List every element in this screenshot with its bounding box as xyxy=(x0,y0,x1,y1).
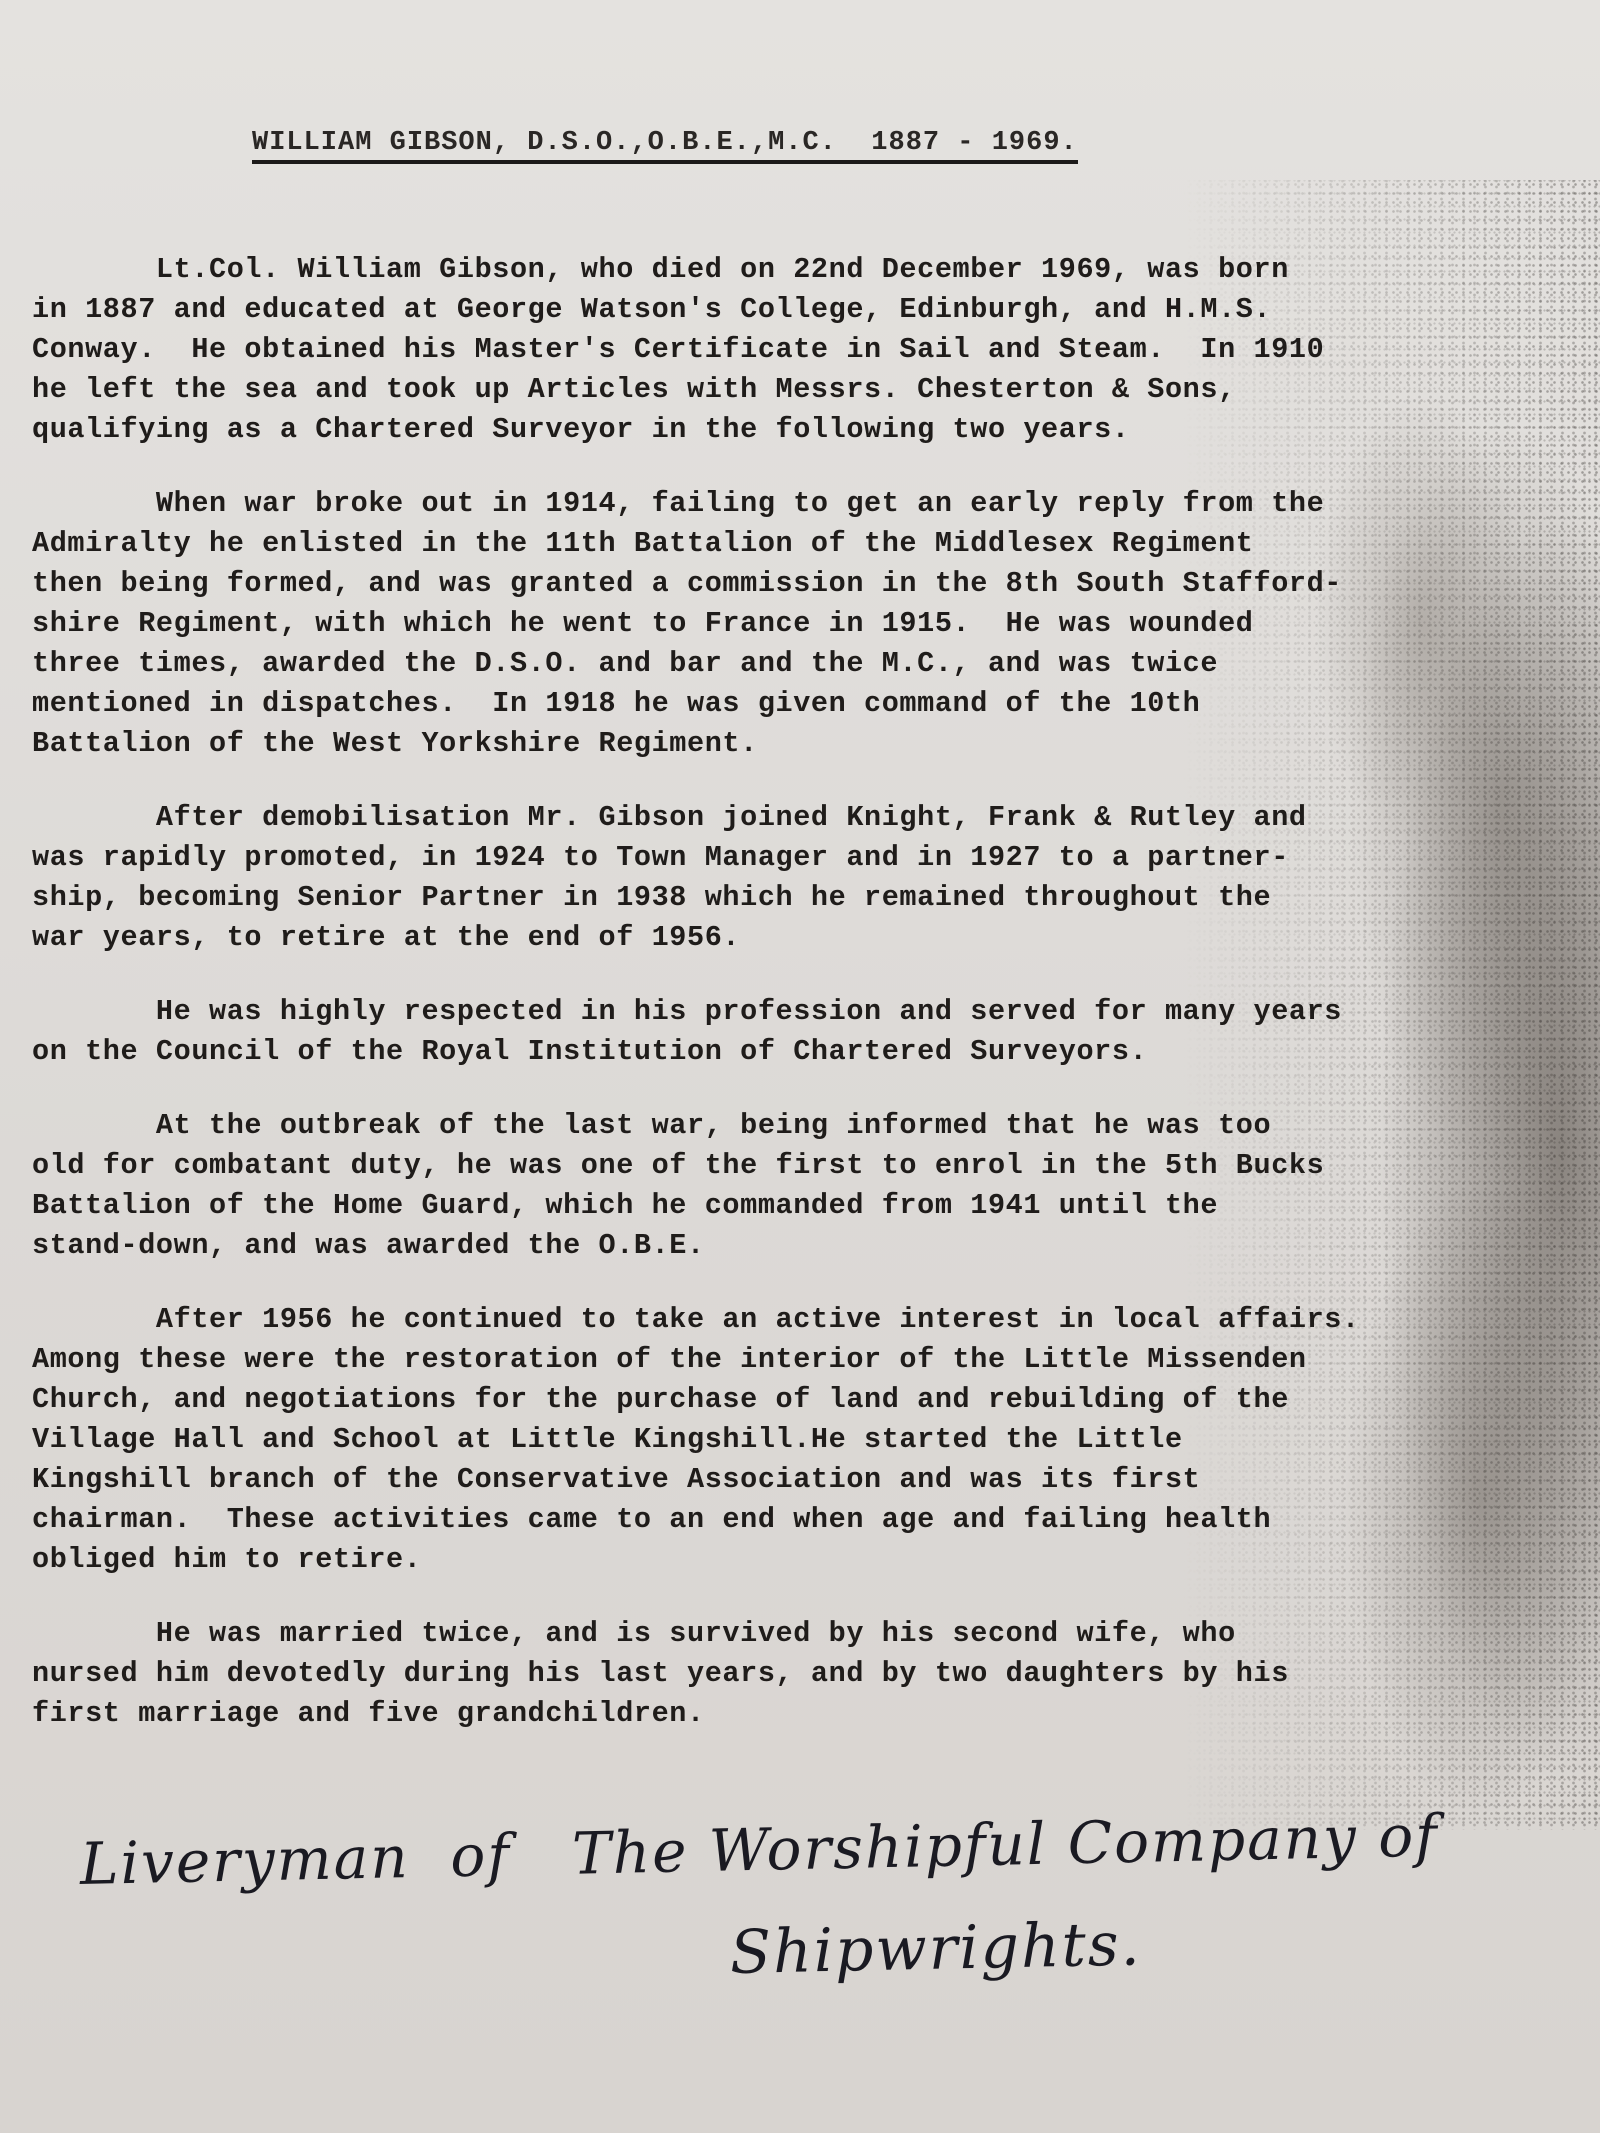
paragraph-early-life: Lt.Col. William Gibson, who died on 22nd… xyxy=(32,250,1592,450)
paragraph-second-war: At the outbreak of the last war, being i… xyxy=(32,1106,1592,1266)
text-line: war years, to retire at the end of 1956. xyxy=(32,918,1592,958)
text-line: Lt.Col. William Gibson, who died on 22nd… xyxy=(32,250,1592,290)
text-line: Admiralty he enlisted in the 11th Battal… xyxy=(32,524,1592,564)
text-line: shire Regiment, with which he went to Fr… xyxy=(32,604,1592,644)
text-line: nursed him devotedly during his last yea… xyxy=(32,1654,1592,1694)
text-line: first marriage and five grandchildren. xyxy=(32,1694,1592,1734)
handwritten-annotation: Liveryman of The Worshipful Company of S… xyxy=(80,1830,1500,1988)
handwritten-line: Shipwrights. xyxy=(729,1902,1500,1988)
document-page: WILLIAM GIBSON, D.S.O.,O.B.E.,M.C. 1887 … xyxy=(0,0,1600,2133)
text-line: Conway. He obtained his Master's Certifi… xyxy=(32,330,1592,370)
paragraph-career: After demobilisation Mr. Gibson joined K… xyxy=(32,798,1592,958)
text-line: Among these were the restoration of the … xyxy=(32,1340,1592,1380)
handwritten-line: Liveryman of The Worshipful Company of xyxy=(79,1800,1500,1898)
text-line: Kingshill branch of the Conservative Ass… xyxy=(32,1460,1592,1500)
text-line: After demobilisation Mr. Gibson joined K… xyxy=(32,798,1592,838)
text-line: Battalion of the West Yorkshire Regiment… xyxy=(32,724,1592,764)
paragraph-profession: He was highly respected in his professio… xyxy=(32,992,1592,1072)
text-line: chairman. These activities came to an en… xyxy=(32,1500,1592,1540)
text-line: Church, and negotiations for the purchas… xyxy=(32,1380,1592,1420)
text-line: on the Council of the Royal Institution … xyxy=(32,1032,1592,1072)
text-line: in 1887 and educated at George Watson's … xyxy=(32,290,1592,330)
paragraph-first-war: When war broke out in 1914, failing to g… xyxy=(32,484,1592,764)
text-line: he left the sea and took up Articles wit… xyxy=(32,370,1592,410)
text-line: Village Hall and School at Little Kingsh… xyxy=(32,1420,1592,1460)
obituary-body: Lt.Col. William Gibson, who died on 22nd… xyxy=(32,250,1592,1768)
text-line: He was married twice, and is survived by… xyxy=(32,1614,1592,1654)
text-line: When war broke out in 1914, failing to g… xyxy=(32,484,1592,524)
text-line: Battalion of the Home Guard, which he co… xyxy=(32,1186,1592,1226)
text-line: At the outbreak of the last war, being i… xyxy=(32,1106,1592,1146)
text-line: then being formed, and was granted a com… xyxy=(32,564,1592,604)
text-line: obliged him to retire. xyxy=(32,1540,1592,1580)
text-line: old for combatant duty, he was one of th… xyxy=(32,1146,1592,1186)
text-line: After 1956 he continued to take an activ… xyxy=(32,1300,1592,1340)
text-line: He was highly respected in his professio… xyxy=(32,992,1592,1032)
paragraph-local-affairs: After 1956 he continued to take an activ… xyxy=(32,1300,1592,1580)
document-title: WILLIAM GIBSON, D.S.O.,O.B.E.,M.C. 1887 … xyxy=(252,128,1078,164)
text-line: three times, awarded the D.S.O. and bar … xyxy=(32,644,1592,684)
text-line: ship, becoming Senior Partner in 1938 wh… xyxy=(32,878,1592,918)
text-line: was rapidly promoted, in 1924 to Town Ma… xyxy=(32,838,1592,878)
paragraph-family: He was married twice, and is survived by… xyxy=(32,1614,1592,1734)
text-line: qualifying as a Chartered Surveyor in th… xyxy=(32,410,1592,450)
text-line: stand-down, and was awarded the O.B.E. xyxy=(32,1226,1592,1266)
text-line: mentioned in dispatches. In 1918 he was … xyxy=(32,684,1592,724)
